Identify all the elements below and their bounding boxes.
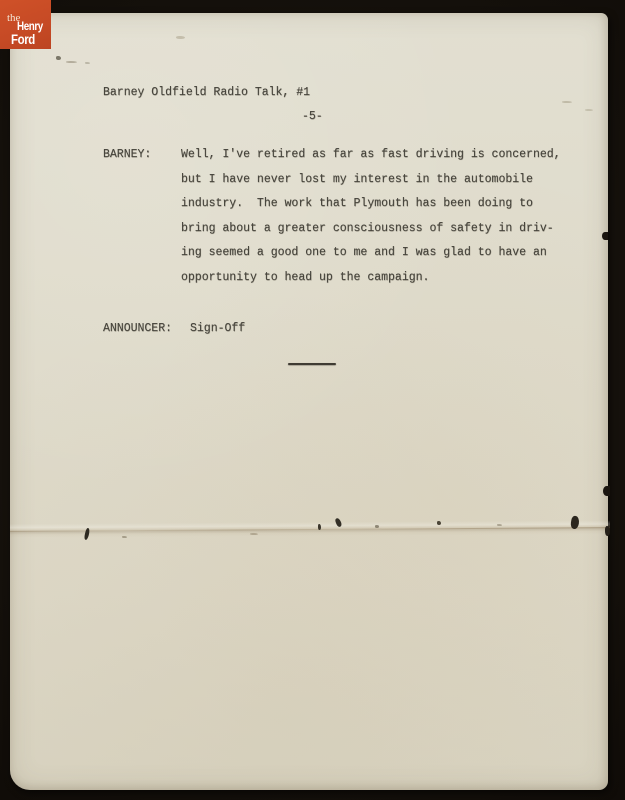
logo-text-ford: Ford [11, 32, 35, 46]
scan-background: Barney Oldfield Radio Talk, #1 -5- BARNE… [0, 0, 625, 800]
ink-speck [250, 533, 258, 535]
ink-speck [66, 61, 77, 63]
document-page [10, 13, 608, 790]
dialog-line: ing seemed a good one to me and I was gl… [181, 246, 547, 259]
dialog-line: industry. The work that Plymouth has bee… [181, 197, 533, 210]
page-number: -5- [302, 110, 323, 123]
paper-edge-notch [603, 486, 610, 496]
ink-speck [176, 36, 185, 39]
speaker-label-announcer: ANNOUNCER: [103, 322, 172, 335]
dialog-line: but I have never lost my interest in the… [181, 173, 533, 186]
ink-speck [318, 524, 321, 530]
paper-edge-notch [602, 232, 608, 240]
henry-ford-logo: the Henry Ford [0, 0, 51, 49]
ink-speck [122, 536, 127, 538]
signoff-rule [288, 363, 336, 365]
dialog-line: opportunity to head up the campaign. [181, 271, 429, 284]
dialog-line: bring about a greater consciousness of s… [181, 222, 554, 235]
speaker-label-barney: BARNEY: [103, 148, 151, 161]
ink-speck [585, 109, 593, 111]
ink-speck [85, 62, 90, 64]
signoff-text: Sign-Off [190, 322, 245, 335]
ink-speck [562, 101, 572, 103]
dialog-line: Well, I've retired as far as fast drivin… [181, 148, 561, 161]
document-title: Barney Oldfield Radio Talk, #1 [103, 86, 310, 99]
ink-speck [497, 524, 502, 526]
ink-speck [437, 521, 441, 525]
ink-speck [375, 525, 379, 528]
ink-speck [605, 526, 610, 536]
ink-speck [56, 56, 61, 60]
